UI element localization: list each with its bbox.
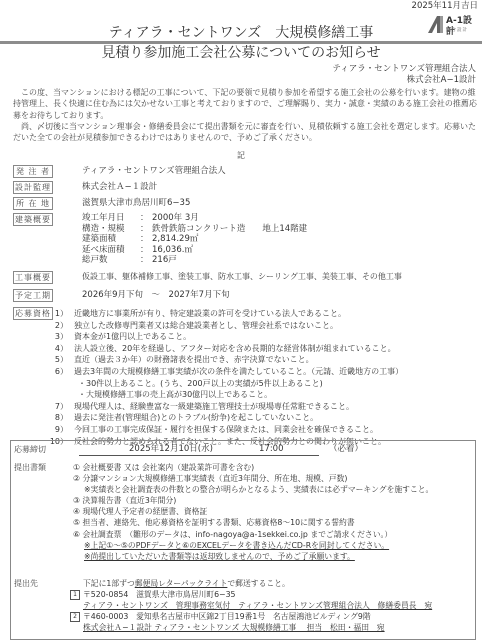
deadline-line: 2025年12月10日(水) 17:00 [79,444,319,456]
intro-paragraph: この度、当マンションにおける標記の工事について、下記の要領で見積り参加を希望する… [13,87,478,121]
send-label: 提出先 [14,579,38,589]
deadline-time: 17:00 [259,444,284,455]
list-item: 9）今回工事の工事完成保証・履行を担保する保険または、同業会社を確保できること。 [46,424,476,436]
spec-row: 建築面積：2,814.29㎡ [82,234,307,245]
address-2: 2〒460-0003 愛知県名古屋市中区錦2丁目19番1号 名古屋鴻池ビルディン… [70,611,473,622]
intro-text: この度、当マンションにおける標記の工事について、下記の要領で見積り参加を希望する… [13,87,478,143]
value-design: 株式会社Ａ−１設計 [82,182,157,193]
qualification-list: 1）近畿地方に事業所が有り、特定建設業の許可を受けている法人であること。 2）独… [46,308,476,447]
issuer-line: ティアラ・セントワンズ管理組合法人 [332,64,476,75]
label-orderer: 発 注 者 [13,165,53,178]
list-item: 6）過去3年間の大規模修繕工事実績が次の条件を満たしていること。（元請、近畿地方… [46,366,476,378]
doc-item: ③ 決算報告書（直近3年間分) [73,495,473,506]
deadline-label: 応募締切 [14,445,46,455]
doc-note: ※実績表と会社調査表の件数との整合が明らかとなるよう、実績表には必ずマーキングを… [73,484,473,495]
docs-label: 提出書類 [14,463,46,473]
doc-item: ① 会社概要書 又は 会社案内（建設業許可書を含む) [73,462,473,473]
list-item: 1）近畿地方に事業所が有り、特定建設業の許可を受けている法人であること。 [46,308,476,320]
label-design: 設計監理 [13,181,53,194]
number-box-icon: 1 [70,590,80,600]
list-item: 2）独立した改修専門業者又は総合建設業者とし、管理会社系ではないこと。 [46,320,476,332]
list-item: 5）直近（過去３か年）の財務諸表を提出でき、赤字決算でないこと。 [46,354,476,366]
issuer-block: ティアラ・セントワンズ管理組合法人 株式会社A−1設計 [332,64,476,86]
list-item: 8）過去に発注者(管理組合)とのトラブル(紛争)を起こしていないこと。 [46,412,476,424]
spec-row: 構造・規模：鉄骨鉄筋コンクリート造 地上14階建 [82,224,307,235]
submission-box: 応募締切 2025年12月10日(水) 17:00 （必着） 提出書類 ① 会社… [10,440,476,640]
list-item: 4）法人設立後、20年を経過し、アフター対応を含め長期的な経営体制が組まれている… [46,343,476,355]
spec-row: 総戸数：216戸 [82,255,307,266]
title-rule [0,41,482,44]
doc-item: ② 分譲マンション大規模修繕工事実績表（直近3年間分、所在地、規模、戸数) [73,473,473,484]
deadline-date: 2025年12月10日(水) [129,444,213,455]
docs-list: ① 会社概要書 又は 会社案内（建設業許可書を含む) ② 分譲マンション大規模修… [73,462,473,562]
address-2-recipient: 株式会社Ａ−１設計 ティアラ・セントワンズ 大規模修繕工事 担当 松田・福田 宛 [83,622,473,633]
doc-item: ⑥ 会社調査票 （雛形のデータは、info-nagoya@a-1sekkei.c… [73,529,473,540]
list-subitem: ・大規模修繕工事の売上高が30億円以上であること。 [46,389,476,401]
spec-row: 延べ床面積：16,036.㎡ [82,245,307,256]
address-1: 1〒520-0854 滋賀県大津市鳥居川町6−35 [70,589,473,600]
issuer-line: 株式会社A−1設計 [332,75,476,86]
label-work: 工事概要 [13,271,53,284]
doc-item: ④ 現場代理人予定者の経歴書、資格証 [73,506,473,517]
send-intro: 下記に1部ずつ郵便局レターパックライトで郵送すること。 [83,578,473,589]
label-building: 建築概要 [13,213,53,226]
doc-subtitle: 見積り参加施工会社公募についてのお知らせ [0,45,482,63]
value-period: 2026年9月下旬 〜 2027年7月下旬 [82,290,230,301]
doc-title: ティアラ・セントワンズ 大規模修繕工事 [0,25,482,43]
list-subitem: ・30件以上あること。(うち、200戸以上の実績が5件以上あること) [46,378,476,390]
intro-paragraph: 尚、〆切後に当マンション理事会・修繕委員会にて提出書類を元に審査を行い、見積依頼… [13,121,478,144]
issue-date: 2025年11月吉日 [412,1,478,12]
label-period: 予定工期 [13,289,53,302]
send-section: 下記に1部ずつ郵便局レターパックライトで郵送すること。 1〒520-0854 滋… [83,578,473,633]
ki-heading: 記 [0,151,482,161]
value-work: 仮設工事、躯体補修工事、塗装工事、防水工事、シーリング工事、美装工事、その他工事 [82,272,402,282]
list-item: 7）現場代理人は、経験豊富な一級建築施工管理技士が現場専任常駐できること。 [46,401,476,413]
label-location: 所 在 地 [13,197,53,210]
doc-item: ⑤ 担当者、連絡先、他応募資格を証明する書類、応募資格8〜10に関する誓約書 [73,517,473,528]
value-orderer: ティアラ・セントワンズ管理組合法人 [82,166,226,177]
value-location: 滋賀県大津市鳥居川町6−35 [82,198,190,209]
list-item: 3）資本金が1億円以上であること。 [46,331,476,343]
doc-note: ※上記①〜⑤のPDFデータと⑥のEXCELデータを書き込んだCD-Rを同封してく… [73,540,473,551]
address-1-recipient: ティアラ・セントワンズ 管理事務室気付 ティアラ・セントワンズ管理組合法人 修繕… [83,600,473,611]
deadline-note: （必着） [329,444,363,455]
building-specs: 竣工年月日：2000年 3月 構造・規模：鉄骨鉄筋コンクリート造 地上14階建 … [82,213,307,266]
doc-note: ※尚提出していただいた書類等は返却致しませんので、予めご了承願います。 [73,551,473,562]
number-box-icon: 2 [70,612,80,622]
spec-row: 竣工年月日：2000年 3月 [82,213,307,224]
